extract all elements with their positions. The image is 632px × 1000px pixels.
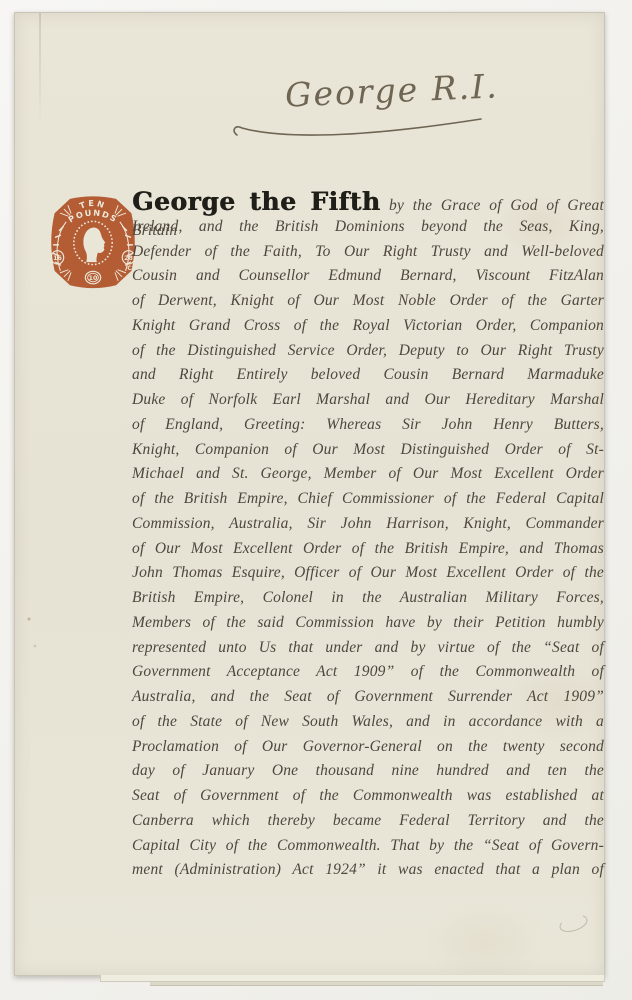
document-line: day of January One thousand nine hundred… xyxy=(132,759,604,784)
stamp-bottom-number: 10 xyxy=(89,275,98,282)
document-line: Australia, and the Seat of Government Su… xyxy=(132,685,604,710)
document-page: George R.I. TEN POUNDS xyxy=(14,12,605,976)
document-line: Michael and St. George, Member of Our Mo… xyxy=(132,462,604,487)
paper-crease xyxy=(39,13,41,128)
document-line: of the British Empire, Chief Commissione… xyxy=(132,487,604,512)
document-body: George the Fifth by the Grace of God of … xyxy=(132,190,604,883)
document-line: John Thomas Esquire, Officer of Our Most… xyxy=(132,561,604,586)
document-line: Ireland, and the British Dominions beyon… xyxy=(132,215,604,240)
under-sheet-edge xyxy=(100,975,605,982)
document-line: Defender of the Faith, To Our Right Trus… xyxy=(132,240,604,265)
document-line: British Empire, Colonel in the Australia… xyxy=(132,586,604,611)
document-line: Knight Grand Cross of the Royal Victoria… xyxy=(132,314,604,339)
pencil-squiggle xyxy=(557,912,589,935)
document-line: of the State of New South Wales, and in … xyxy=(132,710,604,735)
document-line: represented unto Us that under and by vi… xyxy=(132,636,604,661)
document-line: Canberra which thereby became Federal Te… xyxy=(132,809,604,834)
document-line: Duke of Norfolk Earl Marshal and Our Her… xyxy=(132,388,604,413)
document-line: Government Acceptance Act 1909” of the C… xyxy=(132,660,604,685)
blackletter-opening: George the Fifth xyxy=(132,187,380,216)
document-line: ment (Administration) Act 1924” it was e… xyxy=(132,858,604,883)
signature-flourish-icon xyxy=(229,111,491,145)
ten-pounds-revenue-stamp: TEN POUNDS xyxy=(45,192,141,293)
stamp-control-letter: C xyxy=(127,266,131,272)
document-line: Seat of Government of the Commonwealth w… xyxy=(132,784,604,809)
document-line: of the Distinguished Service Order, Depu… xyxy=(132,339,604,364)
document-line-1: George the Fifth by the Grace of God of … xyxy=(132,190,604,215)
royal-signature: George R.I. xyxy=(284,66,499,114)
document-line: Members of the said Commission have by t… xyxy=(132,611,604,636)
under-sheet-edge-2 xyxy=(150,982,603,986)
document-line: of Our Most Excellent Order of the Briti… xyxy=(132,537,604,562)
stamp-left-number: 16 xyxy=(53,255,62,262)
document-line: and Right Entirely beloved Cousin Bernar… xyxy=(132,363,604,388)
document-line: of England, Greeting: Whereas Sir John H… xyxy=(132,413,604,438)
document-line: Knight, Companion of Our Most Distinguis… xyxy=(132,438,604,463)
document-line: of Derwent, Knight of Our Most Noble Ord… xyxy=(132,289,604,314)
document-line: Capital City of the Commonwealth. That b… xyxy=(132,834,604,859)
document-line: Commission, Australia, Sir John Harrison… xyxy=(132,512,604,537)
scan-background: George R.I. TEN POUNDS xyxy=(0,0,632,1000)
stamp-body: TEN POUNDS xyxy=(51,196,135,288)
document-line: Proclamation of Our Governor-General on … xyxy=(132,735,604,760)
document-line: Cousin and Counsellor Edmund Bernard, Vi… xyxy=(132,264,604,289)
